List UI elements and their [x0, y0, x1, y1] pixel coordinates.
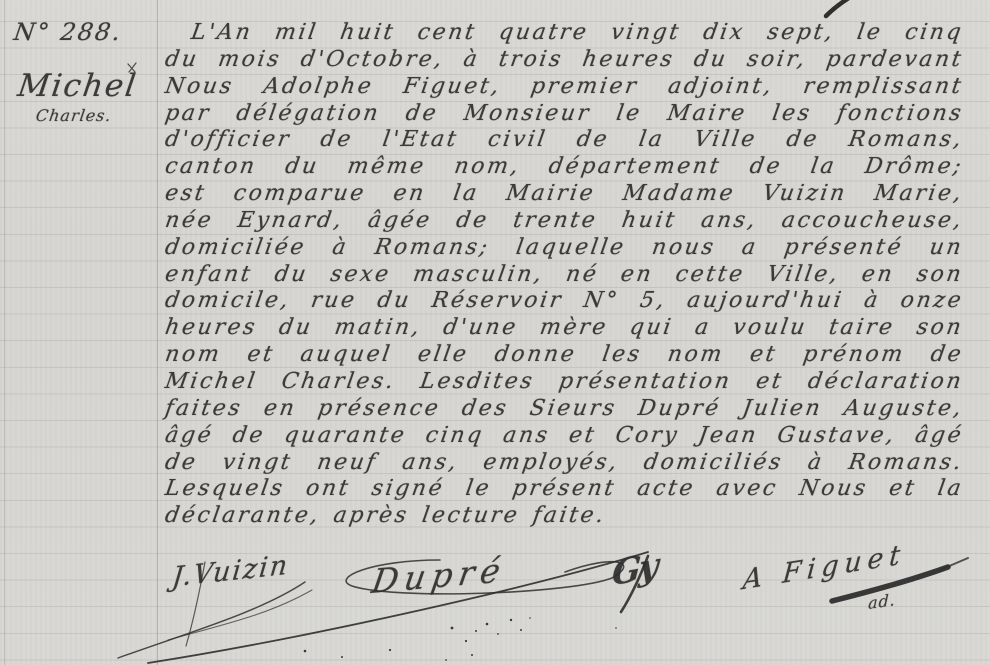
signature-dupre: Dupré	[369, 550, 509, 601]
margin-column: N° 288. Michel Charles.	[8, 18, 153, 125]
ink-speckles	[304, 617, 617, 661]
body-line: canton du même nom, département de la Dr…	[163, 154, 965, 181]
signature-figuet-function: ad.	[868, 590, 896, 613]
vuizin-flourish	[118, 582, 305, 658]
signature-vuizin: J.Vuizin	[171, 550, 291, 594]
top-right-stroke	[826, 0, 852, 16]
body-line: Nous Adolphe Figuet, premier adjoint, re…	[163, 74, 965, 101]
body-line: heures du matin, d'une mère qui a voulu …	[163, 315, 965, 342]
vuizin-flourish	[168, 590, 312, 640]
body-line: par délégation de Monsieur le Maire les …	[163, 101, 965, 128]
register-page-scan: N° 288. Michel Charles. L'An mil huit ce…	[0, 0, 990, 665]
page-gutter-line	[4, 0, 5, 665]
body-line: déclarante, après lecture faite.	[163, 503, 965, 530]
body-line: Michel Charles. Lesdites présentation et…	[163, 369, 965, 396]
body-line: faites en présence des Sieurs Dupré Juli…	[163, 396, 965, 423]
body-line: d'officier de l'Etat civil de la Ville d…	[163, 127, 965, 154]
signature-figuet: A Figuet	[742, 539, 908, 597]
body-line: née Eynard, âgée de trente huit ans, acc…	[163, 208, 965, 235]
body-line: du mois d'Octobre, à trois heures du soi…	[163, 47, 965, 74]
margin-surname: Michel	[15, 68, 155, 104]
margin-firstname: Charles.	[35, 106, 155, 125]
body-line: Lesquels ont signé le présent acte avec …	[163, 476, 965, 503]
body-line: nom et auquel elle donne les nom et prén…	[163, 342, 965, 369]
body-line: domiciliée à Romans; laquelle nous a pré…	[163, 235, 965, 262]
signature-gory-monogram: Gy	[611, 546, 658, 595]
body-line: domicile, rue du Réservoir N° 5, aujourd…	[163, 288, 965, 315]
margin-rule-line	[157, 0, 158, 665]
body-line: est comparue en la Mairie Madame Vuizin …	[163, 181, 965, 208]
act-number: N° 288.	[12, 18, 155, 46]
figuet-underline-tip	[940, 558, 968, 570]
act-body-text: L'An mil huit cent quatre vingt dix sept…	[163, 20, 961, 530]
body-line: de vingt neuf ans, employés, domiciliés …	[163, 450, 965, 477]
body-line: L'An mil huit cent quatre vingt dix sept…	[163, 20, 965, 47]
body-line: enfant du sexe masculin, né en cette Vil…	[163, 262, 965, 289]
body-line: âgé de quarante cinq ans et Cory Jean Gu…	[163, 423, 965, 450]
